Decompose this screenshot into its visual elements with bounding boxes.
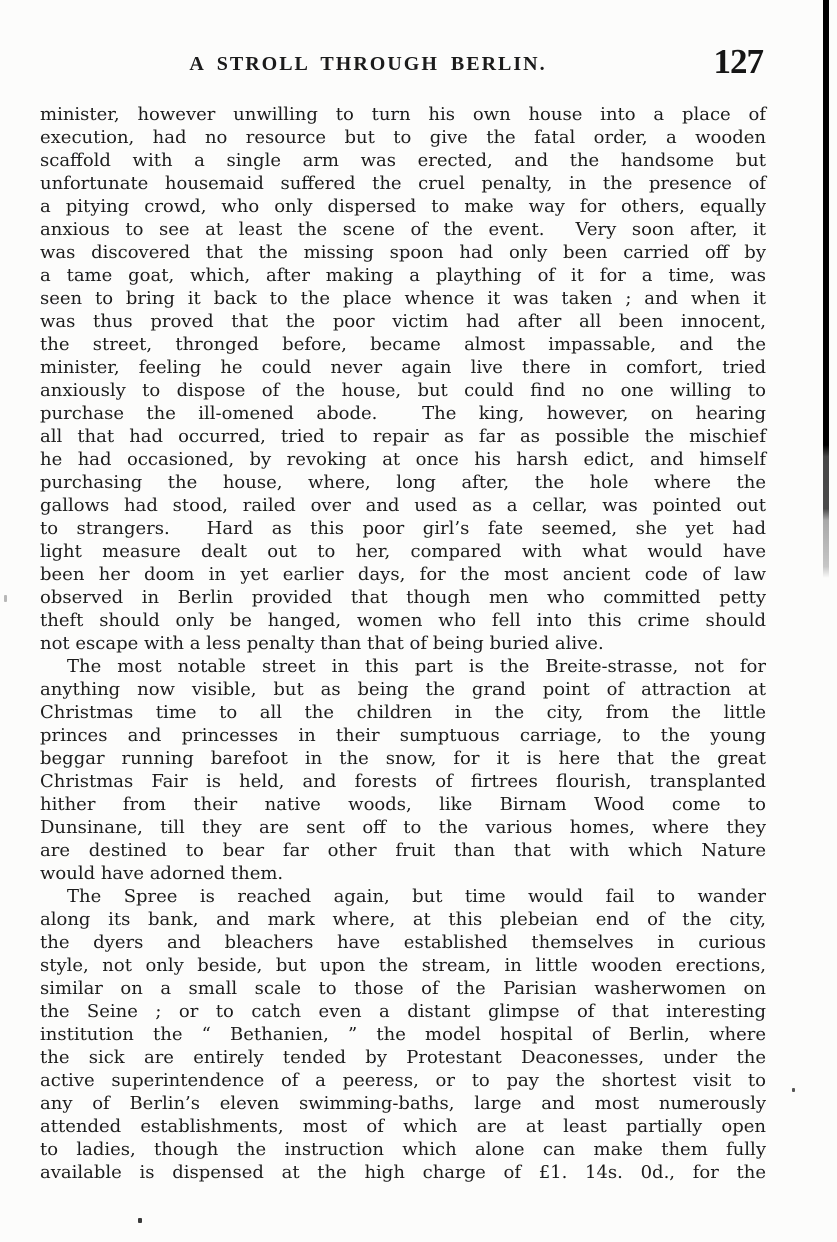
text-line: Dunsinane, till they are sent off to the… xyxy=(40,816,766,839)
text-line: was thus proved that the poor victim had… xyxy=(40,310,766,333)
text-line: seen to bring it back to the place whenc… xyxy=(40,287,766,310)
text-line: purchasing the house, where, long after,… xyxy=(40,471,766,494)
text-line: The Spree is reached again, but time wou… xyxy=(40,885,766,908)
text-line: available is dispensed at the high charg… xyxy=(40,1161,766,1184)
paragraph: The most notable street in this part is … xyxy=(40,655,766,885)
page-number: 127 xyxy=(714,44,764,79)
text-line: the Seine ; or to catch even a distant g… xyxy=(40,1000,766,1023)
text-line: style, not only beside, but upon the str… xyxy=(40,954,766,977)
text-line: minister, however unwilling to turn his … xyxy=(40,103,766,126)
scan-speck xyxy=(4,595,7,602)
text-line: not escape with a less penalty than that… xyxy=(40,632,766,655)
text-line: any of Berlin’s eleven swimming-baths, l… xyxy=(40,1092,766,1115)
text-line: been her doom in yet earlier days, for t… xyxy=(40,563,766,586)
text-line: along its bank, and mark where, at this … xyxy=(40,908,766,931)
text-line: the dyers and bleachers have established… xyxy=(40,931,766,954)
text-line: execution, had no resource but to give t… xyxy=(40,126,766,149)
text-line: princes and princesses in their sumptuou… xyxy=(40,724,766,747)
text-line: the street, thronged before, became almo… xyxy=(40,333,766,356)
paragraph: minister, however unwilling to turn his … xyxy=(40,103,766,655)
text-line: similar on a small scale to those of the… xyxy=(40,977,766,1000)
text-line: light measure dealt out to her, compared… xyxy=(40,540,766,563)
text-line: observed in Berlin provided that though … xyxy=(40,586,766,609)
text-line: unfortunate housemaid suffered the cruel… xyxy=(40,172,766,195)
text-line: minister, feeling he could never again l… xyxy=(40,356,766,379)
text-line: a pitying crowd, who only dispersed to m… xyxy=(40,195,766,218)
running-title: A STROLL THROUGH BERLIN. xyxy=(189,53,546,76)
text-line: was discovered that the missing spoon ha… xyxy=(40,241,766,264)
text-line: are destined to bear far other fruit tha… xyxy=(40,839,766,862)
text-line: purchase the ill-omened abode. The king,… xyxy=(40,402,766,425)
text-line: anything now visible, but as being the g… xyxy=(40,678,766,701)
text-line: to strangers. Hard as this poor girl’s f… xyxy=(40,517,766,540)
paragraph: The Spree is reached again, but time wou… xyxy=(40,885,766,1184)
text-line: beggar running barefoot in the snow, for… xyxy=(40,747,766,770)
text-line: theft should only be hanged, women who f… xyxy=(40,609,766,632)
text-line: scaffold with a single arm was erected, … xyxy=(40,149,766,172)
text-line: anxious to see at least the scene of the… xyxy=(40,218,766,241)
text-line: Christmas Fair is held, and forests of f… xyxy=(40,770,766,793)
text-line: hither from their native woods, like Bir… xyxy=(40,793,766,816)
text-line: Christmas time to all the children in th… xyxy=(40,701,766,724)
text-line: anxiously to dispose of the house, but c… xyxy=(40,379,766,402)
scan-speck xyxy=(138,1218,142,1223)
text-line: the sick are entirely tended by Protesta… xyxy=(40,1046,766,1069)
text-line: a tame goat, which, after making a playt… xyxy=(40,264,766,287)
scan-speck xyxy=(792,1088,795,1092)
text-line: The most notable street in this part is … xyxy=(40,655,766,678)
text-line: to ladies, though the instruction which … xyxy=(40,1138,766,1161)
text-line: he had occasioned, by revoking at once h… xyxy=(40,448,766,471)
text-line: institution the “ Bethanien, ” the model… xyxy=(40,1023,766,1046)
text-line: all that had occurred, tried to repair a… xyxy=(40,425,766,448)
text-line: would have adorned them. xyxy=(40,862,766,885)
page-body: minister, however unwilling to turn his … xyxy=(40,103,766,1184)
text-line: active superintendence of a peeress, or … xyxy=(40,1069,766,1092)
scan-edge-artifact-bar xyxy=(823,0,829,578)
book-page: A STROLL THROUGH BERLIN. 127 minister, h… xyxy=(0,0,837,1242)
text-line: gallows had stood, railed over and used … xyxy=(40,494,766,517)
text-line: attended establishments, most of which a… xyxy=(40,1115,766,1138)
